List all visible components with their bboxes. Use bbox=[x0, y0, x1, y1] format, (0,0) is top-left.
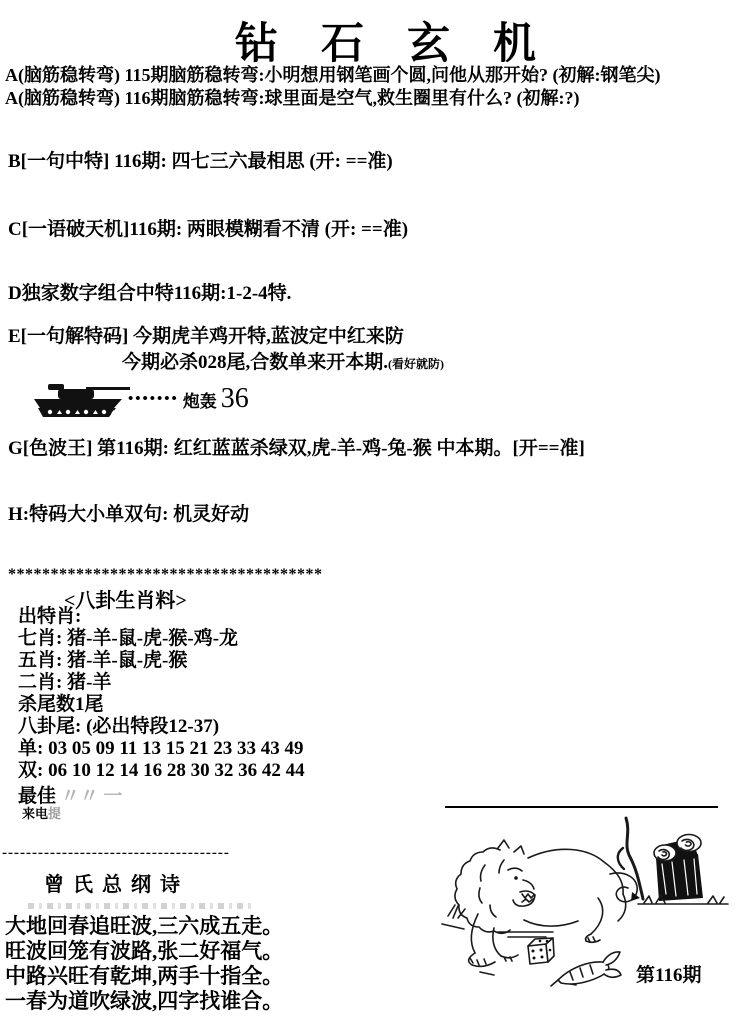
bagua-row-shaweishu: 杀尾数1尾 bbox=[18, 694, 305, 716]
hotline-row: 来电提 bbox=[22, 803, 61, 822]
tank-icon bbox=[28, 378, 130, 420]
poem-heading: 曾氏总纲诗 bbox=[44, 868, 189, 897]
cannon-number: 36 bbox=[221, 383, 249, 415]
line-e2-text: 今期必杀028尾,合数单来开本期. bbox=[122, 352, 388, 373]
line-c-yupotianji: C[一语破天机]116期: 两眼模糊看不清 (开: ==准) bbox=[8, 214, 408, 241]
bagua-row-even-numbers: 双: 06 10 12 14 16 28 30 32 36 42 44 bbox=[18, 760, 305, 782]
star-divider: ************************************* bbox=[8, 566, 323, 584]
bagua-row-chutexiao: 出特肖: bbox=[18, 606, 305, 628]
bagua-row-erxiao: 二肖: 猪-羊 bbox=[18, 672, 305, 694]
faded-text-line bbox=[28, 903, 253, 909]
lion-illustration bbox=[440, 810, 740, 1020]
bagua-row-baguawei: 八卦尾: (必出特段12-37) bbox=[18, 716, 305, 738]
line-e2-note: (看好就防) bbox=[388, 357, 444, 371]
poem-lines: 大地回春追旺波,三六成五走。 旺波回笼有波路,张二好福气。 中路兴旺有乾坤,两手… bbox=[5, 914, 283, 1014]
line-g-sebowang: G[色波王] 第116期: 红红蓝蓝杀绿双,虎-羊-鸡-兔-猴 中本期。[开==… bbox=[8, 433, 585, 460]
illustration-separator-line bbox=[445, 806, 718, 808]
line-d-number-combo: D独家数字组合中特116期:1-2-4特. bbox=[8, 278, 291, 305]
lion-scene-drawing bbox=[440, 810, 740, 1020]
riddle-line-116: A(脑筋稳转弯) 116期脑筋稳转弯:球里面是空气,救生圈里有什么? (初解:?… bbox=[5, 84, 579, 110]
line-e-jietema-2: 今期必杀028尾,合数单来开本期.(看好就防) bbox=[122, 347, 444, 374]
hotline-label: 来电 bbox=[22, 806, 48, 821]
bagua-row-wuxiao: 五肖: 猪-羊-鼠-虎-猴 bbox=[18, 650, 305, 672]
cannon-label: 炮轰 bbox=[183, 387, 217, 412]
cannon-row: ••••••• 炮轰 36 bbox=[28, 378, 249, 420]
bagua-row-odd-numbers: 单: 03 05 09 11 13 15 21 23 33 43 49 bbox=[18, 738, 305, 760]
hotline-faded-text: 提 bbox=[48, 806, 61, 821]
bagua-row-qixiao: 七肖: 猪-羊-鼠-虎-猴-鸡-龙 bbox=[18, 628, 305, 650]
poem-line-1: 大地回春追旺波,三六成五走。 bbox=[5, 914, 283, 939]
dashed-divider: -------------------------------------- bbox=[2, 845, 230, 862]
line-e-jietema-1: E[一句解特码] 今期虎羊鸡开特,蓝波定中红来防 bbox=[8, 321, 404, 348]
cannon-dots: ••••••• bbox=[128, 391, 179, 408]
line-b-yijuzhongte: B[一句中特] 116期: 四七三六最相思 (开: ==准) bbox=[8, 146, 393, 173]
best-faded-text: 〃〃 一 bbox=[61, 786, 123, 807]
issue-caption: 第116期 bbox=[636, 960, 701, 987]
poem-line-2: 旺波回笼有波路,张二好福气。 bbox=[5, 939, 283, 964]
bagua-rows: 出特肖: 七肖: 猪-羊-鼠-虎-猴-鸡-龙 五肖: 猪-羊-鼠-虎-猴 二肖:… bbox=[18, 606, 305, 782]
line-h-daxiaodanshuang: H:特码大小单双句: 机灵好动 bbox=[8, 499, 249, 526]
poem-line-3: 中路兴旺有乾坤,两手十指全。 bbox=[5, 964, 283, 989]
poem-line-4: 一春为道吹绿波,四字找谁合。 bbox=[5, 989, 283, 1014]
